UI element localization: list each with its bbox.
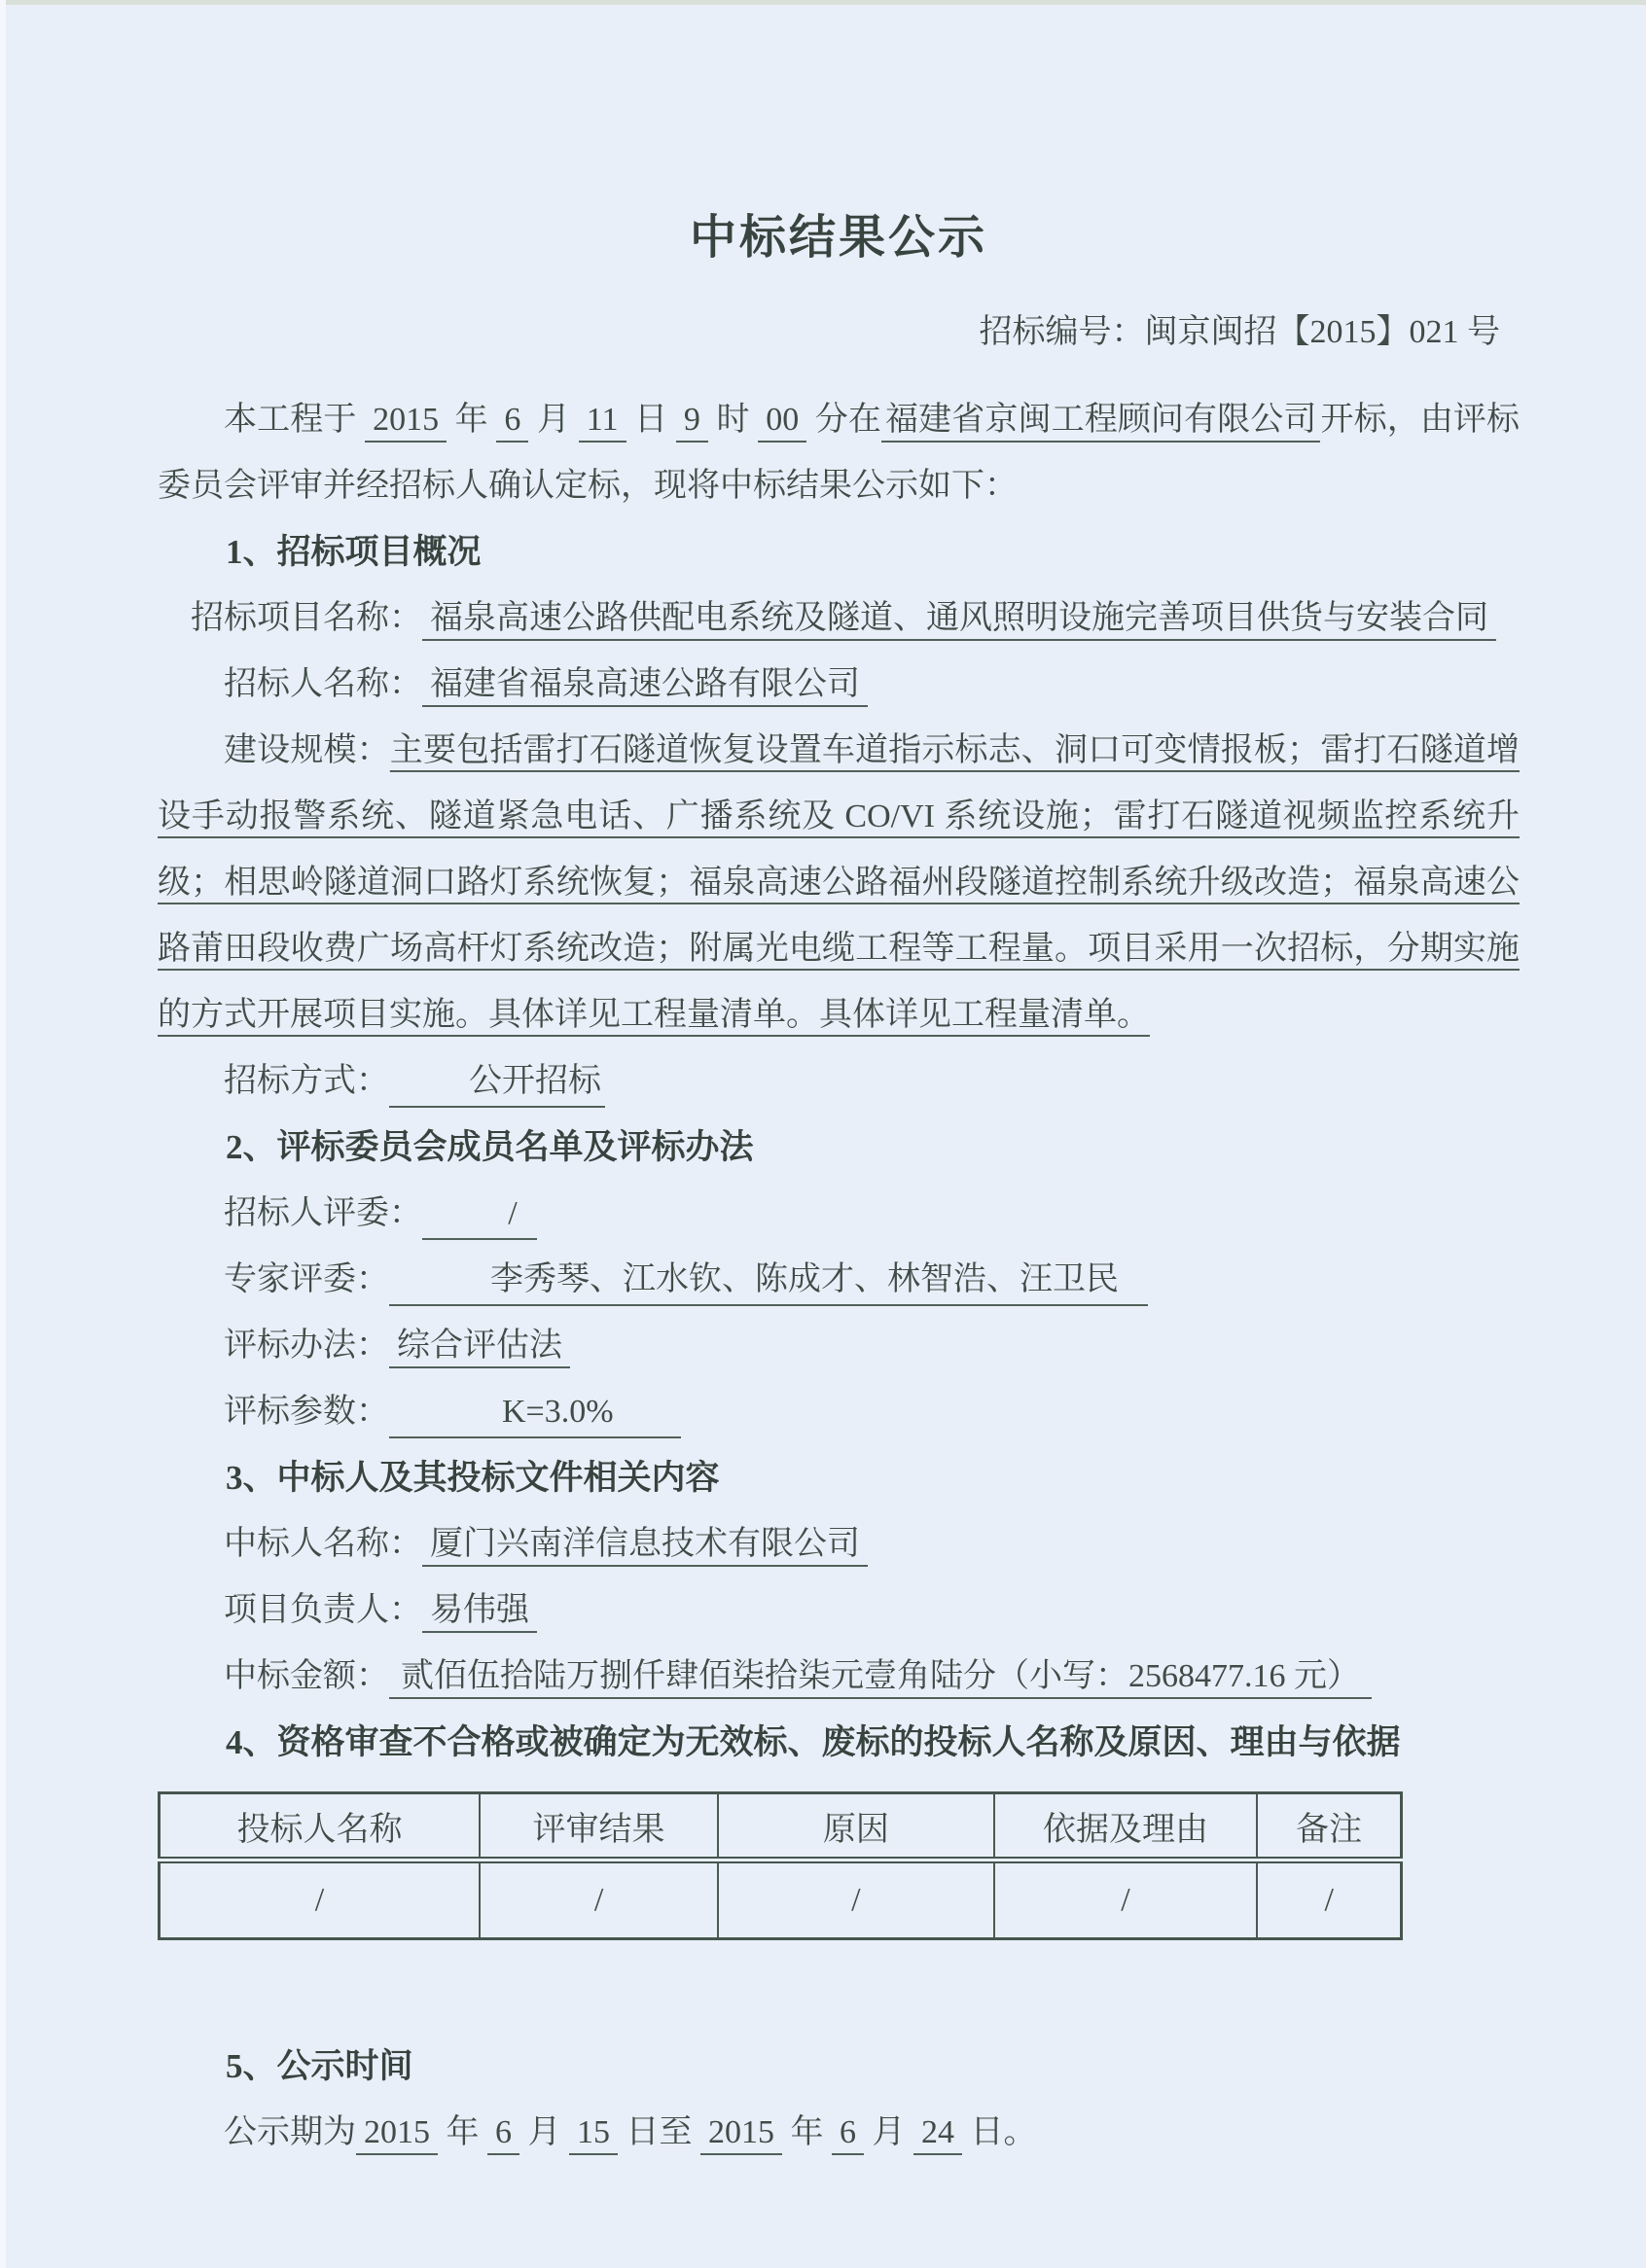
col-header-review-result: 评审结果 <box>480 1793 718 1860</box>
cell-reason: / <box>718 1860 993 1939</box>
tenderee-value: 福建省福泉高速公路有限公司 <box>422 666 868 707</box>
cell-bidder-name: / <box>160 1860 480 1939</box>
opening-minute: 00 <box>758 402 806 443</box>
project-name-label: 招标项目名称： <box>191 600 422 636</box>
construction-scale-value: 主要包括雷打石隧道恢复设置车道指示标志、洞口可变情报板；雷打石隧道增设手动报警系… <box>158 732 1520 1033</box>
evaluation-parameter-value: K=3.0% <box>389 1391 681 1438</box>
col-header-remarks: 备注 <box>1257 1793 1401 1860</box>
winning-amount-value: 贰佰伍拾陆万捌仟肆佰柒拾柒元壹角陆分（小写：2568477.16 元） <box>389 1658 1372 1699</box>
owner-judges-label: 招标人评委： <box>224 1195 422 1231</box>
construction-scale-label: 建设规模： <box>224 732 390 768</box>
owner-judges-row: 招标人评委：/ <box>158 1181 1520 1247</box>
col-header-reason: 原因 <box>718 1793 993 1860</box>
text-segment: 日 <box>626 402 676 438</box>
tenderee-label: 招标人名称： <box>224 666 422 702</box>
expert-judges-row: 专家评委：李秀琴、江水钦、陈成才、林智浩、汪卫民 <box>158 1247 1520 1313</box>
winner-name-value: 厦门兴南洋信息技术有限公司 <box>422 1526 868 1567</box>
period-start-month: 6 <box>487 2114 519 2155</box>
text-segment: 本工程于 <box>224 402 365 438</box>
text-segment: 公示期为 <box>224 2114 356 2150</box>
document-title: 中标结果公示 <box>158 199 1520 266</box>
tender-reference-label: 招标编号： <box>980 314 1145 350</box>
project-manager-value: 易伟强 <box>422 1592 537 1633</box>
evaluation-method-row: 评标办法：综合评估法 <box>158 1313 1520 1379</box>
project-name-value: 福泉高速公路供配电系统及隧道、通风照明设施完善项目供货与安装合同 <box>422 600 1496 641</box>
period-start-year: 2015 <box>356 2114 438 2155</box>
section5-heading: 5、公示时间 <box>158 2034 1520 2100</box>
opening-year: 2015 <box>365 402 447 443</box>
project-manager-row: 项目负责人：易伟强 <box>158 1577 1520 1644</box>
opening-venue: 福建省京闽工程顾问有限公司 <box>881 402 1320 443</box>
tender-method-value: 公开招标 <box>389 1060 605 1108</box>
evaluation-parameter-row: 评标参数：K=3.0% <box>158 1379 1520 1445</box>
scanned-document-page: 中标结果公示 招标编号：闽京闽招【2015】021 号 本工程于 2015 年 … <box>0 0 1646 2268</box>
tender-method-row: 招标方式：公开招标 <box>158 1048 1520 1115</box>
opening-month: 6 <box>496 402 528 443</box>
section1-heading: 1、招标项目概况 <box>158 519 1520 585</box>
publicity-period-line: 公示期为2015 年 6 月 15 日至 2015 年 6 月 24 日。 <box>158 2100 1520 2166</box>
section2-heading: 2、评标委员会成员名单及评标办法 <box>158 1115 1520 1181</box>
cell-review-result: / <box>480 1860 718 1939</box>
section4-heading: 4、资格审查不合格或被确定为无效标、废标的投标人名称及原因、理由与依据 <box>158 1710 1520 1776</box>
section3-heading: 3、中标人及其投标文件相关内容 <box>158 1445 1520 1511</box>
opening-day: 11 <box>579 402 626 443</box>
text-segment: 年 <box>438 2114 487 2150</box>
tender-method-label: 招标方式： <box>224 1063 389 1099</box>
evaluation-method-value: 综合评估法 <box>389 1328 570 1368</box>
period-end-month: 6 <box>832 2114 864 2155</box>
cell-remarks: / <box>1257 1860 1401 1939</box>
tender-reference-line: 招标编号：闽京闽招【2015】021 号 <box>158 300 1520 366</box>
owner-judges-value: / <box>422 1192 537 1240</box>
expert-judges-value: 李秀琴、江水钦、陈成才、林智浩、汪卫民 <box>389 1258 1148 1306</box>
table-row: / / / / / <box>160 1860 1402 1939</box>
col-header-basis: 依据及理由 <box>994 1793 1258 1860</box>
winning-amount-label: 中标金额： <box>224 1658 389 1694</box>
period-start-day: 15 <box>569 2114 618 2155</box>
disqualified-bidders-table: 投标人名称 评审结果 原因 依据及理由 备注 / / / / / <box>158 1791 1403 1940</box>
winner-name-label: 中标人名称： <box>224 1526 422 1562</box>
text-segment: 分在 <box>806 402 881 438</box>
cell-basis: / <box>994 1860 1258 1939</box>
tenderee-row: 招标人名称：福建省福泉高速公路有限公司 <box>158 652 1520 718</box>
text-segment: 月 <box>864 2114 913 2150</box>
period-end-day: 24 <box>913 2114 962 2155</box>
text-segment: 月 <box>519 2114 569 2150</box>
table-header-row: 投标人名称 评审结果 原因 依据及理由 备注 <box>160 1793 1402 1860</box>
winning-amount-row: 中标金额：贰佰伍拾陆万捌仟肆佰柒拾柒元壹角陆分（小写：2568477.16 元） <box>158 1644 1520 1710</box>
text-segment: 年 <box>782 2114 832 2150</box>
text-segment: 月 <box>528 402 578 438</box>
text-segment: 日。 <box>962 2114 1037 2150</box>
project-manager-label: 项目负责人： <box>224 1592 422 1628</box>
evaluation-method-label: 评标办法： <box>224 1328 389 1364</box>
construction-scale-paragraph: 建设规模：主要包括雷打石隧道恢复设置车道指示标志、洞口可变情报板；雷打石隧道增设… <box>158 718 1520 1048</box>
text-segment: 年 <box>447 402 496 438</box>
evaluation-parameter-label: 评标参数： <box>224 1394 389 1430</box>
expert-judges-label: 专家评委： <box>224 1261 389 1297</box>
col-header-bidder-name: 投标人名称 <box>160 1793 480 1860</box>
opening-hour: 9 <box>676 402 708 443</box>
text-segment: 时 <box>708 402 758 438</box>
project-name-row: 招标项目名称：福泉高速公路供配电系统及隧道、通风照明设施完善项目供货与安装合同 <box>158 585 1520 652</box>
intro-paragraph: 本工程于 2015 年 6 月 11 日 9 时 00 分在福建省京闽工程顾问有… <box>158 387 1520 519</box>
text-segment: 日至 <box>618 2114 700 2150</box>
tender-reference-number: 闽京闽招【2015】021 号 <box>1145 314 1501 350</box>
period-end-year: 2015 <box>700 2114 782 2155</box>
winner-name-row: 中标人名称：厦门兴南洋信息技术有限公司 <box>158 1511 1520 1577</box>
